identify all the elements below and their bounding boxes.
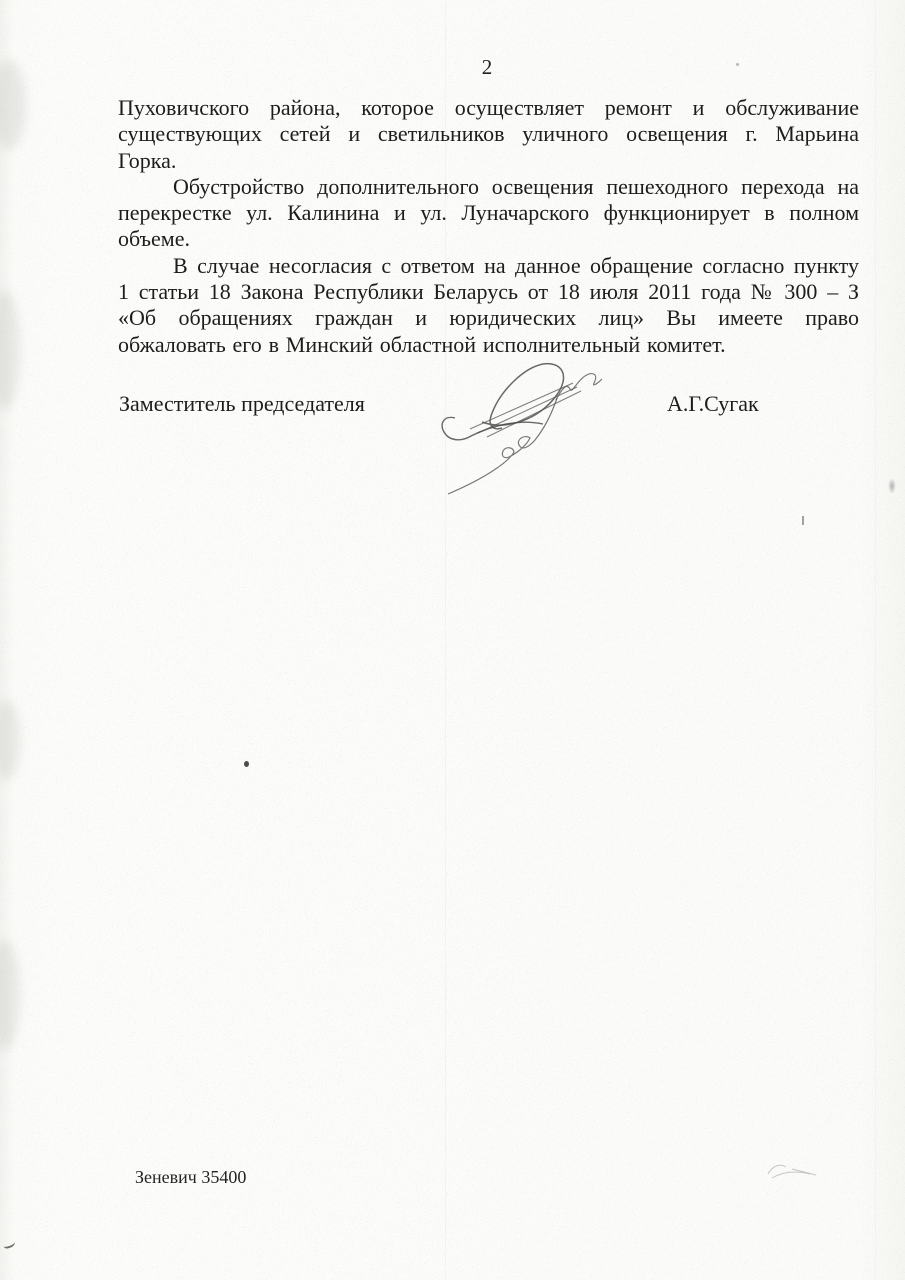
paragraph-line: В случае несогласия с ответом на данное … (118, 253, 859, 279)
scan-fold-line (875, 0, 876, 1280)
paragraph-line: Пуховичского района, которое осуществляе… (118, 95, 859, 121)
edge-smudge (0, 700, 20, 780)
corner-mark-artifact (2, 1238, 16, 1249)
smudge-artifact (888, 478, 896, 494)
scanned-document-page: 2 Пуховичского района, которое осуществл… (0, 0, 905, 1280)
signoff-name: А.Г.Сугак (667, 391, 759, 417)
edge-smudge (0, 290, 20, 410)
tick-artifact (802, 516, 804, 525)
edge-smudge (0, 940, 20, 1050)
paragraph-line: перекрестке ул. Калинина и ул. Луначарск… (118, 200, 859, 226)
letter-body: Пуховичского района, которое осуществляе… (118, 95, 859, 358)
paragraph: Обустройство дополнительного освещения п… (118, 174, 859, 253)
ink-dot-artifact (244, 761, 249, 767)
paragraph-line: объеме. (118, 226, 859, 252)
dot-artifact (736, 63, 739, 66)
executor-reference: Зеневич 35400 (135, 1167, 246, 1188)
paragraph-line: существующих сетей и светильников улично… (118, 121, 859, 147)
pencil-scribble-artifact (762, 1158, 826, 1186)
paragraph-line: «Об обращениях граждан и юридических лиц… (118, 305, 859, 331)
page-number: 2 (472, 55, 502, 80)
paragraph-line: 1 статьи 18 Закона Республики Беларусь о… (118, 279, 859, 305)
handwritten-signature (430, 358, 630, 508)
paragraph-line: Горка. (118, 148, 859, 174)
paragraph: В случае несогласия с ответом на данное … (118, 253, 859, 358)
scan-fold-line (445, 0, 446, 1280)
paragraph: Пуховичского района, которое осуществляе… (118, 95, 859, 174)
paragraph-line: обжаловать его в Минский областной испол… (118, 332, 859, 358)
paragraph-line: Обустройство дополнительного освещения п… (118, 174, 859, 200)
edge-smudge (0, 60, 26, 150)
signoff-title: Заместитель председателя (119, 391, 365, 417)
